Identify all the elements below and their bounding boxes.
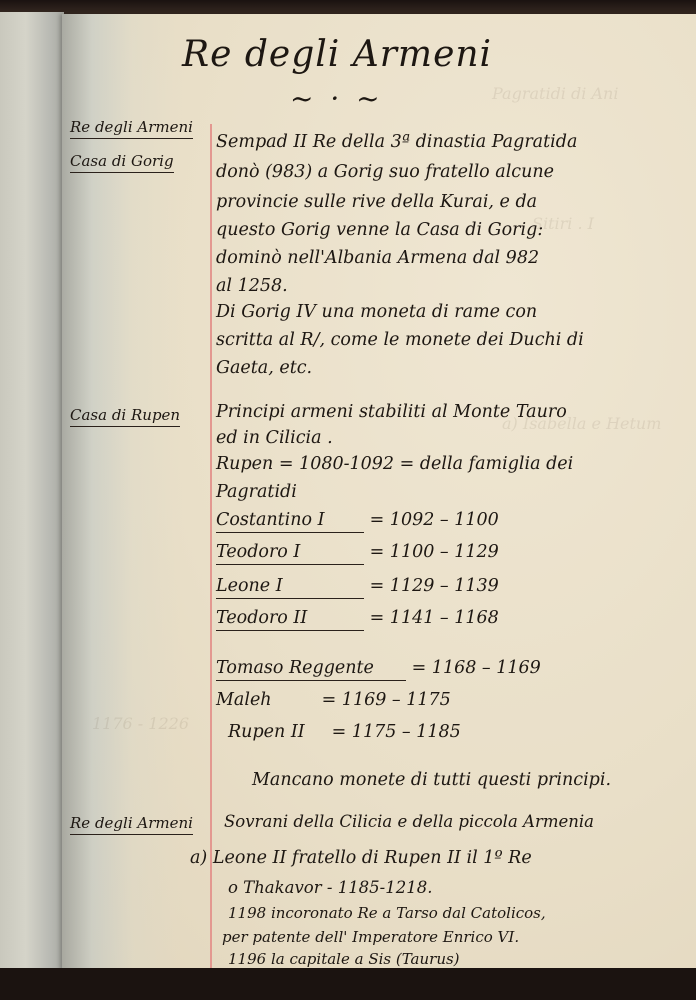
margin-note-label: Re degli Armeni: [70, 814, 193, 835]
reign-row: Maleh = 1169 – 1175: [216, 690, 451, 710]
reign-row: Leone I = 1129 – 1139: [216, 576, 499, 599]
reign-name: Teodoro I: [216, 542, 364, 565]
reign-dates: = 1175 – 1185: [332, 722, 461, 742]
reign-row: Teodoro II = 1141 – 1168: [216, 608, 499, 631]
reign-name: Rupen II: [228, 722, 326, 742]
reign-dates: = 1168 – 1169: [412, 658, 541, 678]
margin-note-casa-di-gorig: Casa di Gorig: [70, 152, 174, 170]
kings-heading: Sovrani della Cilicia e della piccola Ar…: [224, 812, 594, 831]
bleed-through-text: Pagratidi di Ani: [492, 84, 618, 103]
gorig-line: al 1258.: [216, 276, 288, 296]
gorig-line: Di Gorig IV una moneta di rame con: [216, 302, 537, 322]
gorig-line: questo Gorig venne la Casa di Gorig:: [216, 220, 543, 240]
gorig-line: scritta al R/, come le monete dei Duchi …: [216, 330, 584, 350]
kings-line: 1196 la capitale a Sis (Taurus): [228, 950, 460, 968]
reign-row: Tomaso Reggente = 1168 – 1169: [216, 658, 541, 681]
reign-dates: = 1141 – 1168: [370, 608, 499, 628]
reign-row: Costantino I = 1092 – 1100: [216, 510, 499, 533]
kings-line: per patente dell' Imperatore Enrico VI.: [222, 928, 519, 946]
rupen-intro-line: ed in Cilicia .: [216, 428, 333, 448]
reign-dates: = 1169 – 1175: [322, 690, 451, 710]
reign-dates: = 1092 – 1100: [370, 510, 499, 530]
reign-name: Leone I: [216, 576, 364, 599]
gorig-line: dominò nell'Albania Armena dal 982: [216, 248, 539, 268]
rupen-intro-line: Pagratidi: [216, 482, 297, 502]
kings-line: 1198 incoronato Re a Tarso dal Catolicos…: [228, 904, 546, 922]
reign-row: Teodoro I = 1100 – 1129: [216, 542, 499, 565]
rupen-intro-line: Rupen = 1080-1092 = della famiglia dei: [216, 454, 573, 474]
bleed-through-text: 1176 - 1226: [92, 714, 189, 733]
gorig-line: provincie sulle rive della Kurai, e da: [216, 192, 537, 212]
margin-note-label: Casa di Gorig: [70, 152, 174, 173]
rupen-intro-line: Principi armeni stabiliti al Monte Tauro: [216, 402, 567, 422]
margin-note-label: Casa di Rupen: [70, 406, 180, 427]
margin-note-label: Re degli Armeni: [70, 118, 193, 139]
gorig-line: donò (983) a Gorig suo fratello alcune: [216, 162, 554, 182]
margin-rule: [210, 124, 212, 970]
kings-line: o Thakavor - 1185-1218.: [228, 878, 433, 897]
margin-note-re-degli-armeni-2: Re degli Armeni: [70, 814, 193, 832]
margin-note-re-degli-armeni: Re degli Armeni: [70, 118, 193, 136]
scan-bottom-edge: [0, 968, 696, 1000]
kings-line: a) Leone II fratello di Rupen II il 1º R…: [190, 848, 532, 868]
gorig-line: Gaeta, etc.: [216, 358, 312, 378]
facing-page-edge: [0, 12, 64, 970]
manuscript-page: Pagratidi di Ani Sitiri . I a) Isabella …: [62, 14, 696, 970]
title-ornament: ~ · ~: [290, 82, 384, 115]
page-title: Re degli Armeni: [182, 34, 492, 75]
gorig-line: Sempad II Re della 3ª dinastia Pagratida: [216, 132, 577, 152]
kings-line-text: Leone II fratello di Rupen II il 1º Re: [213, 848, 532, 868]
reign-row: Rupen II = 1175 – 1185: [228, 722, 461, 742]
list-marker: a): [190, 848, 207, 868]
reign-name: Costantino I: [216, 510, 364, 533]
reign-name: Tomaso Reggente: [216, 658, 406, 681]
missing-coins-note: Mancano monete di tutti questi principi.: [252, 770, 611, 790]
reign-name: Teodoro II: [216, 608, 364, 631]
reign-dates: = 1129 – 1139: [370, 576, 499, 596]
reign-name: Maleh: [216, 690, 316, 710]
margin-note-casa-di-rupen: Casa di Rupen: [70, 406, 180, 424]
reign-dates: = 1100 – 1129: [370, 542, 499, 562]
